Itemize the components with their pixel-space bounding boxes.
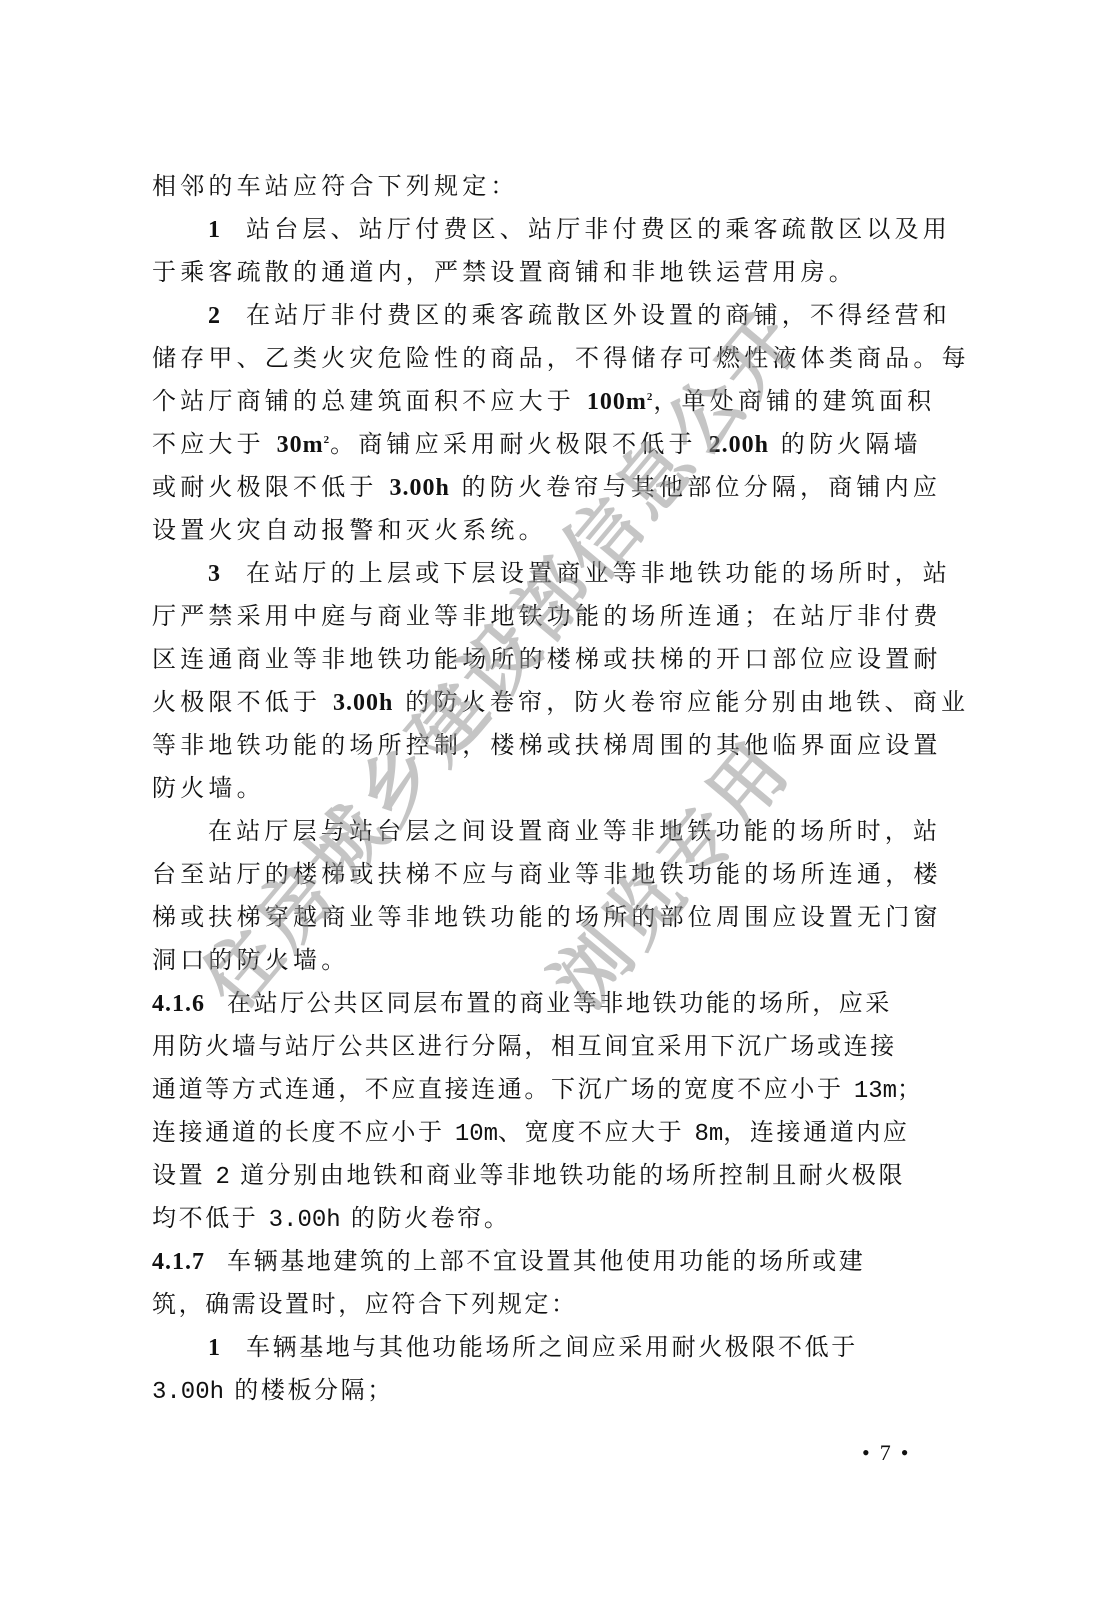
line-text: 通道等方式连通，不应直接连通。下沉广场的宽度不应小于 — [152, 1075, 854, 1103]
text-line: 筑，确需设置时，应符合下列规定： — [152, 1290, 952, 1320]
width-value: 8m — [694, 1121, 723, 1148]
text-line: 储存甲、乙类火灾危险性的商品，不得储存可燃性液体类商品。每 — [152, 344, 952, 374]
text-line: 防火墙。 — [152, 774, 952, 804]
item-number: 2 — [208, 303, 220, 329]
paragraph-start: 在站厅层与站台层之间设置商业等非地铁功能的场所时，站 — [152, 817, 1008, 847]
line-text: 厅严禁采用中庭与商业等非地铁功能的场所连通；在站厅非付费 — [152, 602, 942, 630]
item-number: 3 — [208, 561, 220, 587]
line-text: 储存甲、乙类火灾危险性的商品，不得储存可燃性液体类商品。每 — [152, 344, 970, 372]
area-value: 30m — [277, 432, 324, 458]
line-text: 火极限不低于 — [152, 688, 333, 716]
document-page: 相邻的车站应符合下列规定： 1站台层、站厅付费区、站厅非付费区的乘客疏散区以及用… — [0, 0, 1102, 1598]
line-text: 筑，确需设置时，应符合下列规定： — [152, 1290, 578, 1318]
line-text: 的防火隔墙 — [769, 430, 922, 458]
line-text: 的防火卷帘。 — [341, 1204, 511, 1232]
text-line: 或耐火极限不低于 3.00h 的防火卷帘与其他部位分隔，商铺内应 — [152, 473, 952, 503]
line-text: 设置火灾自动报警和灭火系统。 — [152, 516, 547, 544]
width-value: 13m — [854, 1078, 897, 1105]
text-line: 均不低于 3.00h 的防火卷帘。 — [152, 1204, 952, 1234]
line-text: 在站厅层与站台层之间设置商业等非地铁功能的场所时，站 — [208, 817, 941, 845]
page-number-value: 7 — [880, 1440, 901, 1465]
text-line: 相邻的车站应符合下列规定： — [152, 172, 952, 202]
item-number: 1 — [208, 1335, 220, 1361]
duration-value: 2.00h — [709, 432, 769, 458]
line-text: 台至站厅的楼梯或扶梯不应与商业等非地铁功能的场所连通，楼 — [152, 860, 942, 888]
page-number: •7• — [862, 1440, 918, 1466]
text-line: 3.00h 的楼板分隔； — [152, 1376, 952, 1406]
list-item-2: 2在站厅非付费区的乘客疏散区外设置的商铺，不得经营和 — [152, 301, 1008, 331]
text-line: 设置火灾自动报警和灭火系统。 — [152, 516, 952, 546]
text-line: 厅严禁采用中庭与商业等非地铁功能的场所连通；在站厅非付费 — [152, 602, 952, 632]
line-text: 用防火墙与站厅公共区进行分隔，相互间宜采用下沉广场或连接 — [152, 1032, 897, 1060]
item-number: 1 — [208, 217, 220, 243]
line-text: 。商铺应采用耐火极限不低于 — [330, 430, 708, 458]
duration-value: 3.00h — [269, 1207, 341, 1234]
line-text: 不应大于 — [152, 430, 277, 458]
line-text: ，连接通道内应 — [723, 1118, 909, 1146]
line-text: 车辆基地建筑的上部不宜设置其他使用功能的场所或建 — [227, 1247, 865, 1275]
list-item-1: 1车辆基地与其他功能场所之间应采用耐火极限不低于 — [152, 1333, 1008, 1363]
line-text: 设置 — [152, 1161, 215, 1189]
line-text: 道分别由地铁和商业等非地铁功能的场所控制且耐火极限 — [230, 1161, 905, 1189]
line-text: 防火墙。 — [152, 774, 265, 802]
text-line: 用防火墙与站厅公共区进行分隔，相互间宜采用下沉广场或连接 — [152, 1032, 952, 1062]
clause-number: 4.1.7 — [152, 1249, 205, 1275]
duration-value: 3.00h — [333, 690, 393, 716]
line-text: 于乘客疏散的通道内，严禁设置商铺和非地铁运营用房。 — [152, 258, 857, 286]
line-text: 、宽度不应大于 — [498, 1118, 694, 1146]
list-item-1: 1站台层、站厅付费区、站厅非付费区的乘客疏散区以及用 — [152, 215, 1008, 245]
line-text: 连接通道的长度不应小于 — [152, 1118, 455, 1146]
text-line: 台至站厅的楼梯或扶梯不应与商业等非地铁功能的场所连通，楼 — [152, 860, 952, 890]
line-text: 相邻的车站应符合下列规定： — [152, 172, 519, 200]
line-text: 洞口的防火墙。 — [152, 946, 349, 974]
line-text: 个站厅商铺的总建筑面积不应大于 — [152, 387, 587, 415]
count-value: 2 — [215, 1164, 229, 1191]
line-text: ，单处商铺的建筑面积 — [653, 387, 935, 415]
line-text: 等非地铁功能的场所控制，楼梯或扶梯周围的其他临界面应设置 — [152, 731, 942, 759]
clause-4-1-7: 4.1.7车辆基地建筑的上部不宜设置其他使用功能的场所或建 — [152, 1247, 952, 1277]
text-line: 洞口的防火墙。 — [152, 946, 952, 976]
line-text: ； — [897, 1075, 924, 1103]
list-item-3: 3在站厅的上层或下层设置商业等非地铁功能的场所时，站 — [152, 559, 1008, 589]
line-text: 梯或扶梯穿越商业等非地铁功能的场所的部位周围应设置无门窗 — [152, 903, 942, 931]
clause-number: 4.1.6 — [152, 991, 205, 1017]
text-line: 设置 2 道分别由地铁和商业等非地铁功能的场所控制且耐火极限 — [152, 1161, 952, 1191]
line-text: 的防火卷帘与其他部位分隔，商铺内应 — [450, 473, 941, 501]
text-line: 通道等方式连通，不应直接连通。下沉广场的宽度不应小于 13m； — [152, 1075, 952, 1105]
line-text: 的楼板分隔； — [224, 1376, 394, 1404]
text-line: 梯或扶梯穿越商业等非地铁功能的场所的部位周围应设置无门窗 — [152, 903, 952, 933]
line-text: 站台层、站厅付费区、站厅非付费区的乘客疏散区以及用 — [246, 215, 951, 243]
text-line: 于乘客疏散的通道内，严禁设置商铺和非地铁运营用房。 — [152, 258, 952, 288]
text-line: 火极限不低于 3.00h 的防火卷帘，防火卷帘应能分别由地铁、商业 — [152, 688, 952, 718]
text-line: 连接通道的长度不应小于 10m、宽度不应大于 8m，连接通道内应 — [152, 1118, 952, 1148]
clause-4-1-6: 4.1.6在站厅公共区同层布置的商业等非地铁功能的场所，应采 — [152, 989, 952, 1019]
text-line: 等非地铁功能的场所控制，楼梯或扶梯周围的其他临界面应设置 — [152, 731, 952, 761]
line-text: 车辆基地与其他功能场所之间应采用耐火极限不低于 — [246, 1333, 858, 1361]
line-text: 均不低于 — [152, 1204, 269, 1232]
duration-value: 3.00h — [152, 1379, 224, 1406]
length-value: 10m — [455, 1121, 498, 1148]
line-text: 在站厅非付费区的乘客疏散区外设置的商铺，不得经营和 — [246, 301, 951, 329]
line-text: 在站厅公共区同层布置的商业等非地铁功能的场所，应采 — [227, 989, 892, 1017]
area-value: 100m — [587, 389, 647, 415]
line-text: 的防火卷帘，防火卷帘应能分别由地铁、商业 — [393, 688, 969, 716]
line-text: 区连通商业等非地铁功能场所的楼梯或扶梯的开口部位应设置耐 — [152, 645, 942, 673]
text-line: 区连通商业等非地铁功能场所的楼梯或扶梯的开口部位应设置耐 — [152, 645, 952, 675]
line-text: 在站厅的上层或下层设置商业等非地铁功能的场所时，站 — [246, 559, 951, 587]
duration-value: 3.00h — [389, 475, 449, 501]
line-text: 或耐火极限不低于 — [152, 473, 389, 501]
text-line: 个站厅商铺的总建筑面积不应大于 100m2，单处商铺的建筑面积 — [152, 387, 952, 417]
text-line: 不应大于 30m2。商铺应采用耐火极限不低于 2.00h 的防火隔墙 — [152, 430, 952, 460]
